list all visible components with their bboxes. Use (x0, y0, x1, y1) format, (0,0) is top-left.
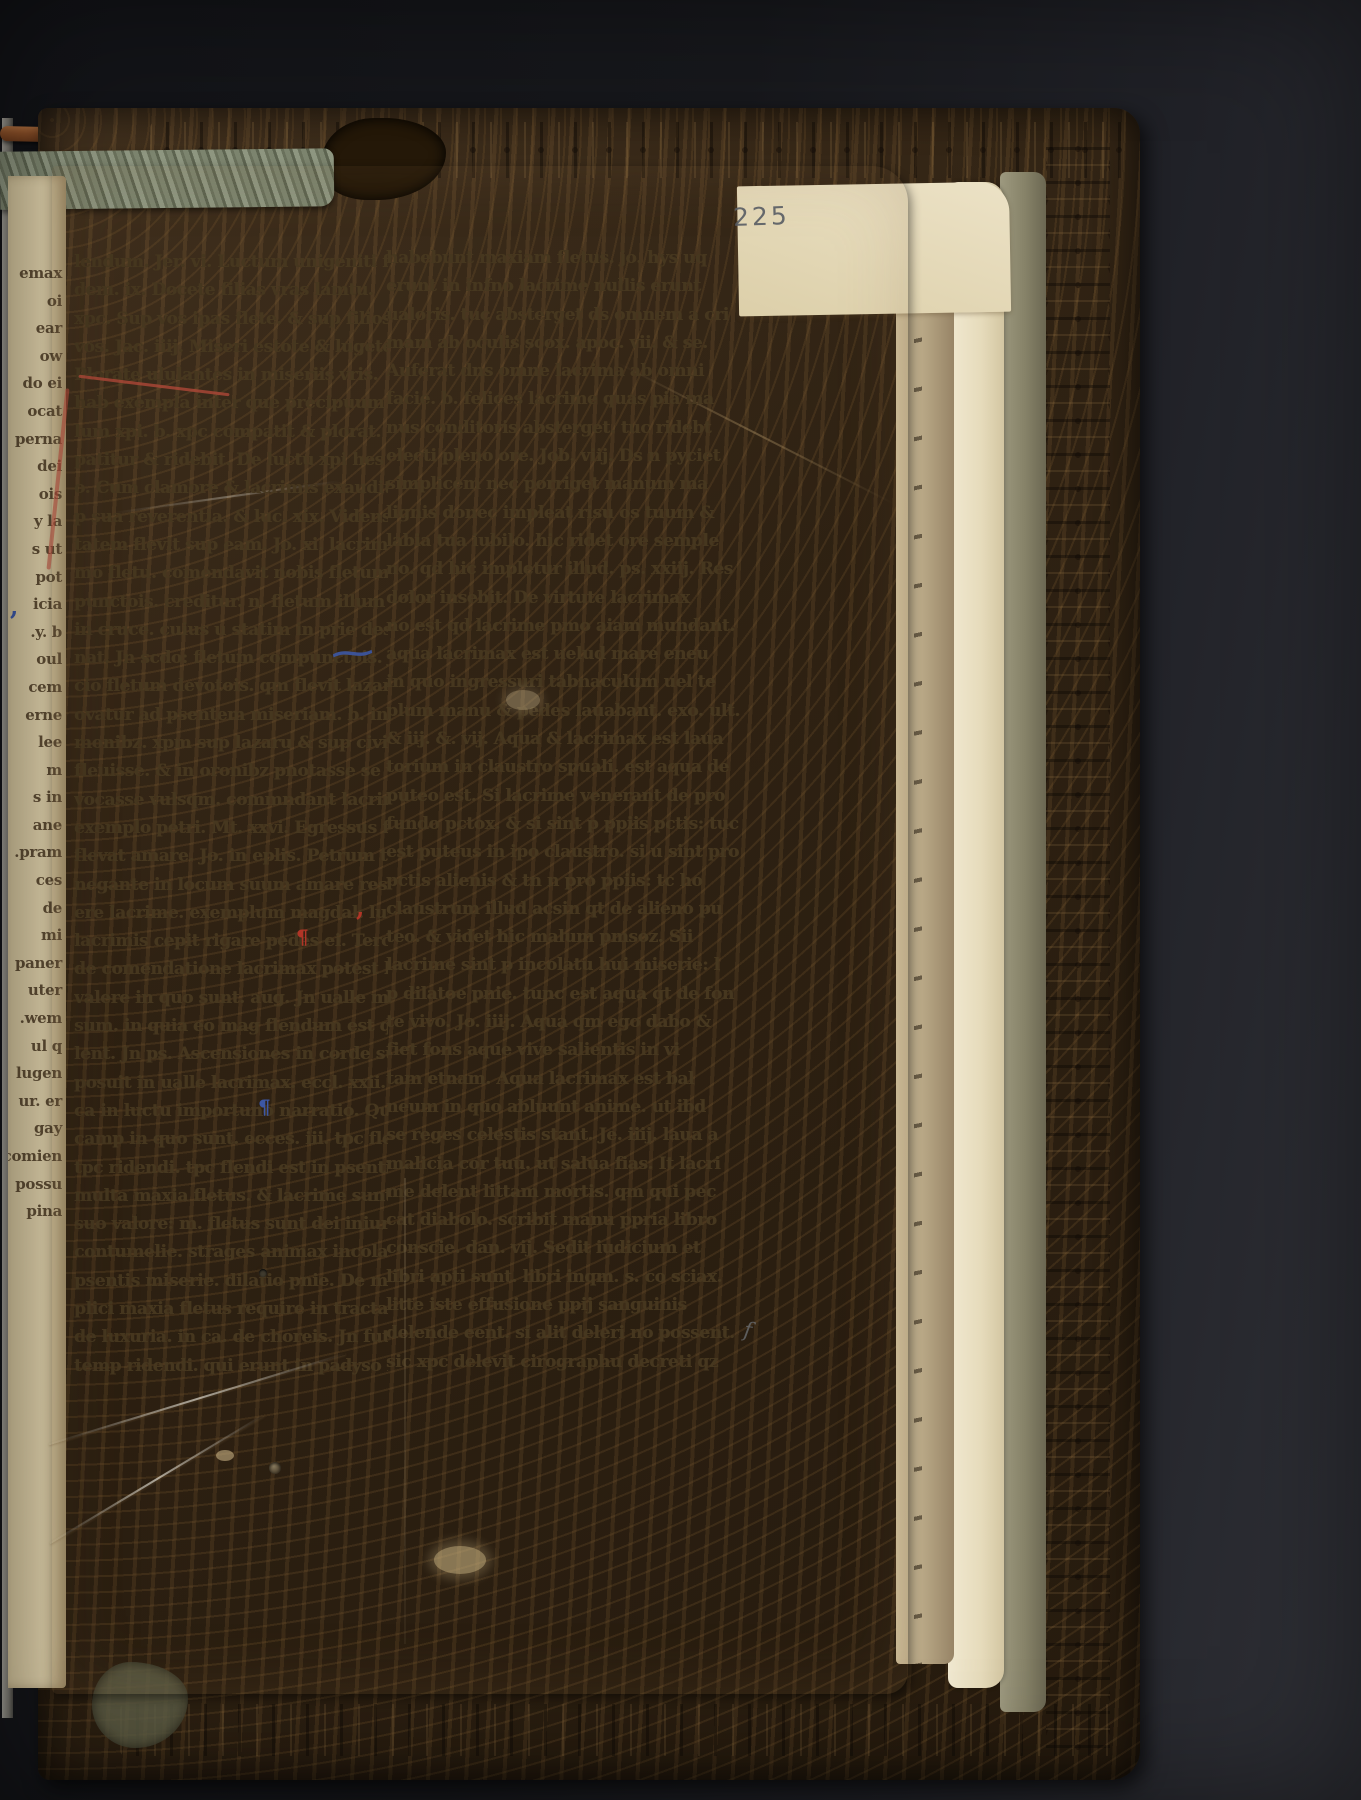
text-line: litte iste effusione ppij sanguinis (386, 1291, 754, 1319)
text-line: exemplo petri. Mt. xxvi. Egressus foras (74, 814, 388, 842)
text-line: lendum. Jer. vi. Luctum unigeniti fac (74, 248, 388, 276)
text-line: flevat amare. Jo. in eplis. Petrum ter (74, 842, 388, 870)
text-line: mo fletu. comendavit nobis fletum co (74, 559, 388, 587)
text-line: sic xpc delevit cirographu decreti qz (386, 1348, 754, 1376)
text-line: malicia cor tuu. ut salua fias. It lacri (386, 1150, 754, 1178)
text-line: p sua reverentia. & luc. xix. Videns civ… (74, 503, 388, 531)
text-line: plum manu & pedes lauabant. exo. ult. (386, 697, 754, 725)
text-line: fundo pctox. & si sint p ppiis pctis: tu… (386, 810, 754, 838)
text-line: tam etnam. Aqua lacrimax est bal (386, 1065, 754, 1093)
text-line: puteo est. Si lacrime venerant de pro (386, 782, 754, 810)
text-line: no. qd hic impletur illud. ps. xxiij. Re… (386, 555, 754, 583)
text-line: ualoris. tuc absterget ds omnem a cri (386, 301, 754, 329)
text-line: erunt in infno lacrime nullis erunt (386, 272, 754, 300)
blue-bracket-mark: ~ (322, 635, 382, 672)
text-line: fleuisse. & in oronibz pnotasse se vidis… (74, 757, 388, 785)
text-line: habebunt maxiam fletus. jo. hys uq (386, 244, 754, 272)
text-line: tatem flevit sup eam. Jo. xi. lacrimat e… (74, 531, 388, 559)
text-line: me delent littam mortis. qm qui pec (386, 1178, 754, 1206)
manuscript-photo: emaxoiearowdo eiocatpernadeioisy las utp… (0, 0, 1361, 1800)
parchment-stain (216, 1450, 234, 1461)
text-line: cio fletum devotois. qm flevit lazarum (74, 672, 388, 700)
text-line: contumelie. strages animax incolatus (74, 1238, 388, 1266)
blue-comma-mark: , (10, 592, 18, 621)
text-line: se reges celestis stant. Je. iiij. laua … (386, 1121, 754, 1149)
text-line: tpc ridendi. tpc flendi est in psenti. u… (74, 1154, 388, 1182)
text-line: valere in quo sunt. aug. Jn ualle miseri… (74, 984, 388, 1012)
text-line: conscie. dan. vij. Sedit iudicium et (386, 1234, 754, 1262)
cover-tooling-right (1046, 132, 1110, 1758)
parchment-stain (506, 690, 540, 710)
text-line: vos. Jac. iiij. Miseri estote & lugete. … (74, 333, 388, 361)
text-line: lacrimis cepit rigare pedes ei. Tercio (74, 927, 388, 955)
text-line: est puteus in ipo claustro. si u sint pr… (386, 838, 754, 866)
right-text-column: habebunt maxiam fletus. jo. hys uqerunt … (386, 244, 754, 1376)
text-line: lent. Jn ps. Ascensiones in corde suo di… (74, 1040, 388, 1068)
text-line: lacrime sint p incolatu hui miserie: l (386, 951, 754, 979)
red-paraph-mark: ¶ (296, 925, 309, 949)
text-line: psentis miserie. dilatio pnie. De multi (74, 1267, 388, 1295)
text-line: simplicem nec porriget manum ma (386, 470, 754, 498)
parchment-stain (434, 1546, 486, 1574)
text-line: dem. ix. Docete filias vras lamtu. (74, 276, 388, 304)
text-line: Auferat dns omne lacrima ab omni (386, 357, 754, 385)
text-line: electi pleno ore. Job. viij. Ds n pyciet (386, 442, 754, 470)
text-line: camp in quo sunt. ecces. iii. tpc flendi… (74, 1125, 388, 1153)
text-line: p dilatoe pnie. tunc est aqua qt de fon (386, 980, 754, 1008)
text-line: suo valore: m. fletus sunt dei iniurie e… (74, 1210, 388, 1238)
text-line: nus conditoris absterget. tuc ridebt (386, 414, 754, 442)
wormhole (269, 1462, 281, 1474)
text-line: negante in locum suum amare restitu (74, 871, 388, 899)
text-line: monibz. xpm sup lazaru & sup civitate (74, 729, 388, 757)
text-line: lum xpi. b. xpc compatit & plorat. (74, 418, 388, 446)
left-text-column: lendum. Jer. vi. Luctum unigeniti facdem… (74, 248, 388, 1380)
text-line: torium in claustro spuali. est aqua de (386, 753, 754, 781)
text-line: te vivo. Jo. iiij. Aqua qm ego dabo & (386, 1008, 754, 1036)
wormhole (259, 1269, 267, 1277)
text-line: claustrum illud acsin qt de alieno pu (386, 895, 754, 923)
text-line: delende eent. si alit deleri no possent. (386, 1319, 754, 1347)
text-line: patitur & ridebit. De luctu xpi hes (74, 446, 388, 474)
column-divider-crease (404, 1178, 406, 1644)
text-line: ovatur ad psentem miseriam. b. in ser (74, 701, 388, 729)
folio-number: 225 (733, 201, 791, 232)
page-stack-edge-gray (1000, 172, 1046, 1712)
text-line: lignis donec impleat risu os tuum & (386, 499, 754, 527)
text-line: no est qd lacrime pmo aiam mundant. (386, 612, 754, 640)
text-line: dolor insebit. De virtute lacrimax (386, 584, 754, 612)
text-line: ere lacrime. exemplum magdal. luc. vij. (74, 899, 388, 927)
text-line: labia tua iubilo. hic ridet ore semple (386, 527, 754, 555)
text-line: cat diabolo. scribit manu ppria libro (386, 1206, 754, 1234)
text-line: facie. b. felices lacrime quas pia ma (386, 385, 754, 413)
blue-paraph-mark: ¶ (258, 1095, 271, 1119)
text-line: hab exempla inter que precipuum est (74, 389, 388, 417)
text-line: xpc. Sup vos ipas flete. & sup filios (74, 305, 388, 333)
text-line: mam ab oculis scox. apoc. vii. & se. (386, 329, 754, 357)
text-line: fiet fons aque vive salientis in vi (386, 1036, 754, 1064)
text-line: multa maxia fletus. & lacrime sunt in (74, 1182, 388, 1210)
text-line: Plorate ululantes in miseriis vris. (74, 361, 388, 389)
text-line: teo. & videt hic malum pmsoz. Sii (386, 923, 754, 951)
text-line: de comendatione lacrimax potest locul (74, 955, 388, 983)
text-line: o. Cum clamore & lacrimis exaudit (74, 474, 388, 502)
text-line: punctois. creditur. n. fletum illum em (74, 588, 388, 616)
red-comma-mark: , (356, 893, 364, 922)
text-line: neum in quo abluunt anime. ut ibd (386, 1093, 754, 1121)
page-stack-edge-cream (948, 182, 1004, 1688)
text-line: posuit in ualle lacrimax. eccl. xxii. mu… (74, 1069, 388, 1097)
text-line: & iij. &. vij. Aqua & lacrimax est laua (386, 725, 754, 753)
text-line: plici maxia fletus require in tractatu (74, 1295, 388, 1323)
text-line: libri apti sunt. libri inqm. s. co sciax… (386, 1263, 754, 1291)
text-line: in quo ingressuri tabnaculum uel te (386, 668, 754, 696)
text-line: aqua lacrimax est uelud mare eneu (386, 640, 754, 668)
text-line: pctis alienis & tn n pro ppiis: tc ho (386, 867, 754, 895)
text-line: ca in luctu importuno narratio. Quarto (74, 1097, 388, 1125)
text-line: sum. in quia eo mag flendum est quo mul (74, 1012, 388, 1040)
cover-tooling-bottom (120, 1704, 1122, 1756)
text-line: vocasse vulsqm. commndant lacrime (74, 786, 388, 814)
text-line: de luxuria. in ca. de choreis. Jn futo e… (74, 1323, 388, 1351)
